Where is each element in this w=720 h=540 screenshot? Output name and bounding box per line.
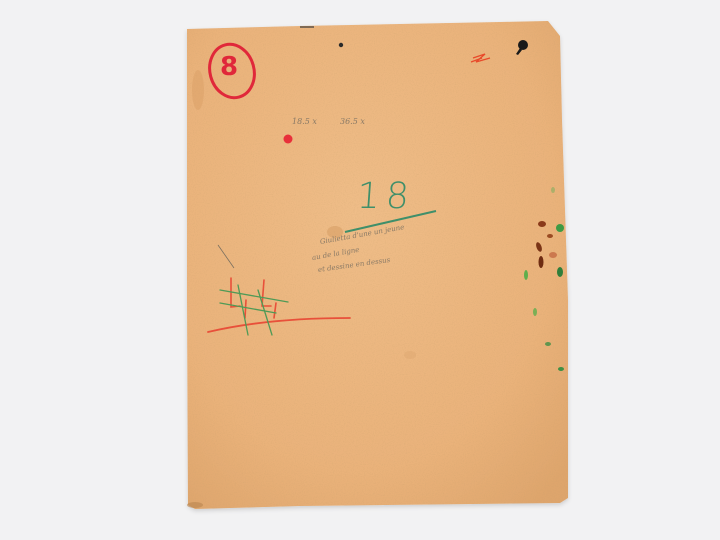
photo-scene	[0, 0, 720, 540]
red-dot	[284, 135, 293, 144]
dimension-label-1: 18.5 x	[292, 117, 317, 126]
large-number: 18	[356, 176, 417, 217]
black-dot	[339, 43, 343, 47]
dimension-label-2: 36.5 x	[340, 117, 365, 126]
circled-number: 8	[220, 52, 238, 82]
